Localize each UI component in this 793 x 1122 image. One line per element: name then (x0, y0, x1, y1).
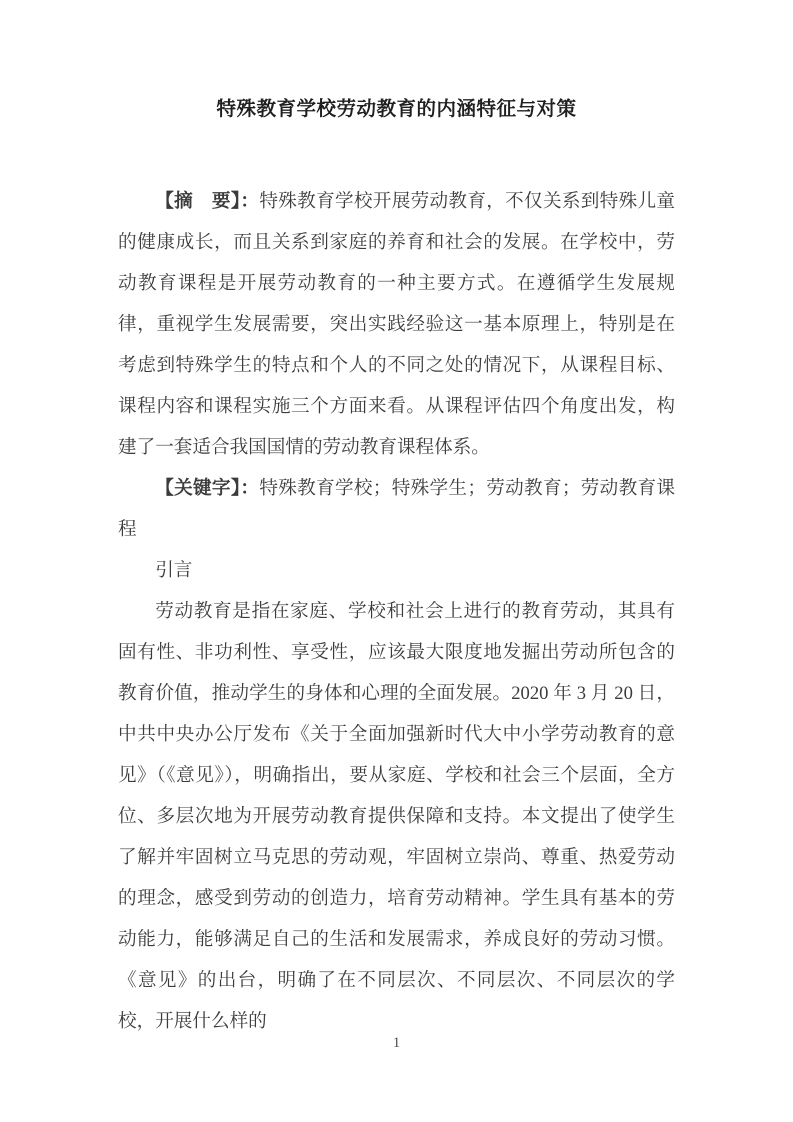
abstract-text: 特殊教育学校开展劳动教育，不仅关系到特殊儿童的健康成长，而且关系到家庭的养育和社… (118, 191, 675, 458)
abstract-paragraph: 【摘 要】：特殊教育学校开展劳动教育，不仅关系到特殊儿童的健康成长，而且关系到家… (118, 181, 675, 468)
document-body: 【摘 要】：特殊教育学校开展劳动教育，不仅关系到特殊儿童的健康成长，而且关系到家… (118, 181, 675, 1042)
keywords-paragraph: 【关键字】：特殊教育学校；特殊学生；劳动教育；劳动教育课程 (118, 468, 675, 550)
section-heading-intro: 引言 (118, 550, 675, 591)
intro-paragraph: 劳动教育是指在家庭、学校和社会上进行的教育劳动，其具有固有性、非功利性、享受性，… (118, 591, 675, 1042)
keywords-label: 【关键字】： (155, 478, 259, 499)
document-page: 特殊教育学校劳动教育的内涵特征与对策 【摘 要】：特殊教育学校开展劳动教育，不仅… (0, 0, 793, 1122)
page-number: 1 (0, 1033, 793, 1053)
document-title: 特殊教育学校劳动教育的内涵特征与对策 (0, 96, 793, 124)
abstract-label: 【摘 要】： (155, 191, 259, 212)
